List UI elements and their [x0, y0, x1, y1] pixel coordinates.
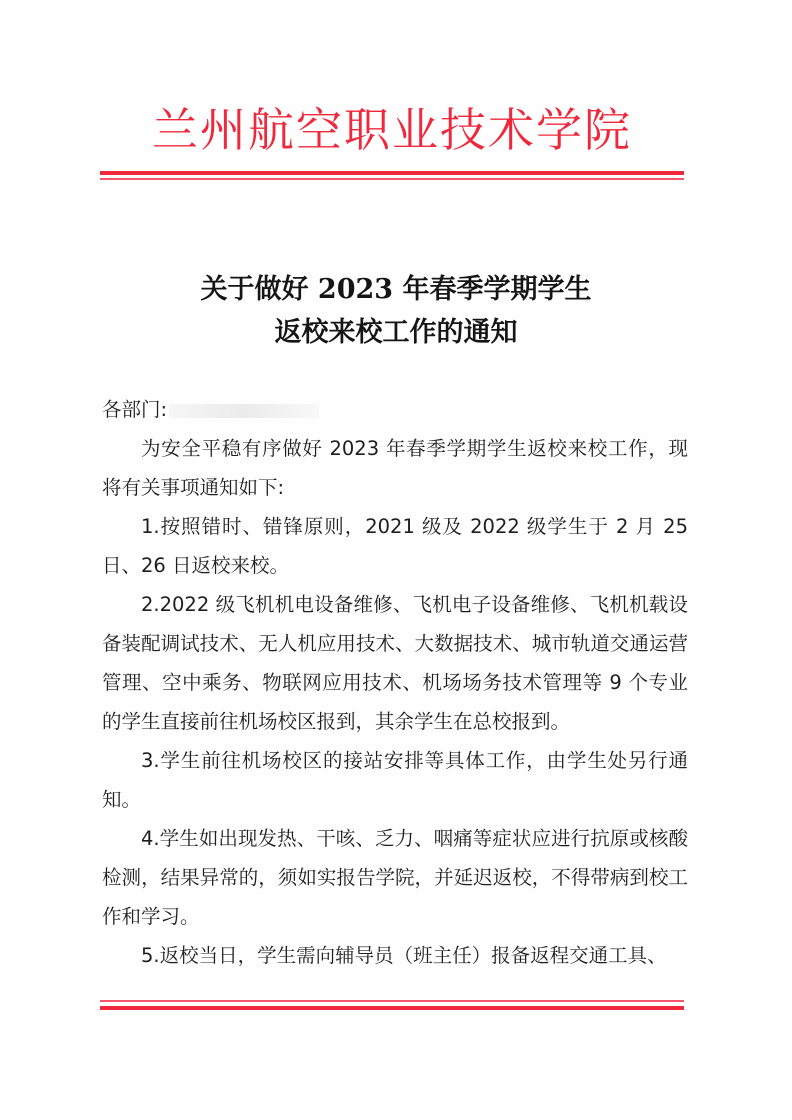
- item-5-paragraph: 5.返校当日，学生需向辅导员（班主任）报备返程交通工具、: [102, 936, 688, 975]
- document-page: 兰州航空职业技术学院 关于做好 2023 年春季学期学生 返校来校工作的通知 各…: [0, 0, 792, 1120]
- salutation: 各部门:: [102, 390, 319, 429]
- document-title-line-1: 关于做好 2023 年春季学期学生: [120, 268, 672, 312]
- item-1-paragraph: 1.按照错时、错锋原则，2021 级及 2022 级学生于 2 月 25 日、2…: [102, 507, 688, 585]
- masthead-rule-thick: [100, 171, 684, 175]
- item-2-paragraph: 2.2022 级飞机机电设备维修、飞机电子设备维修、飞机机载设备装配调试技术、无…: [102, 585, 688, 741]
- footer-rule-thick: [100, 1006, 684, 1010]
- item-3-paragraph: 3.学生前往机场校区的接站安排等具体工作，由学生处另行通知。: [102, 741, 688, 819]
- salutation-text: 各部门:: [102, 398, 167, 421]
- intro-paragraph: 为安全平稳有序做好 2023 年春季学期学生返校来校工作，现将有关事项通知如下:: [102, 429, 688, 507]
- footer-rule-thin: [100, 1000, 684, 1002]
- document-title-line-2: 返校来校工作的通知: [120, 311, 672, 355]
- masthead-rule-thin: [100, 178, 684, 180]
- item-4-paragraph: 4.学生如出现发热、干咳、乏力、咽痛等症状应进行抗原或核酸检测，结果异常的，须如…: [102, 819, 688, 936]
- institution-masthead: 兰州航空职业技术学院: [100, 100, 684, 160]
- document-body: 为安全平稳有序做好 2023 年春季学期学生返校来校工作，现将有关事项通知如下:…: [102, 429, 688, 975]
- redacted-smudge: [169, 404, 319, 418]
